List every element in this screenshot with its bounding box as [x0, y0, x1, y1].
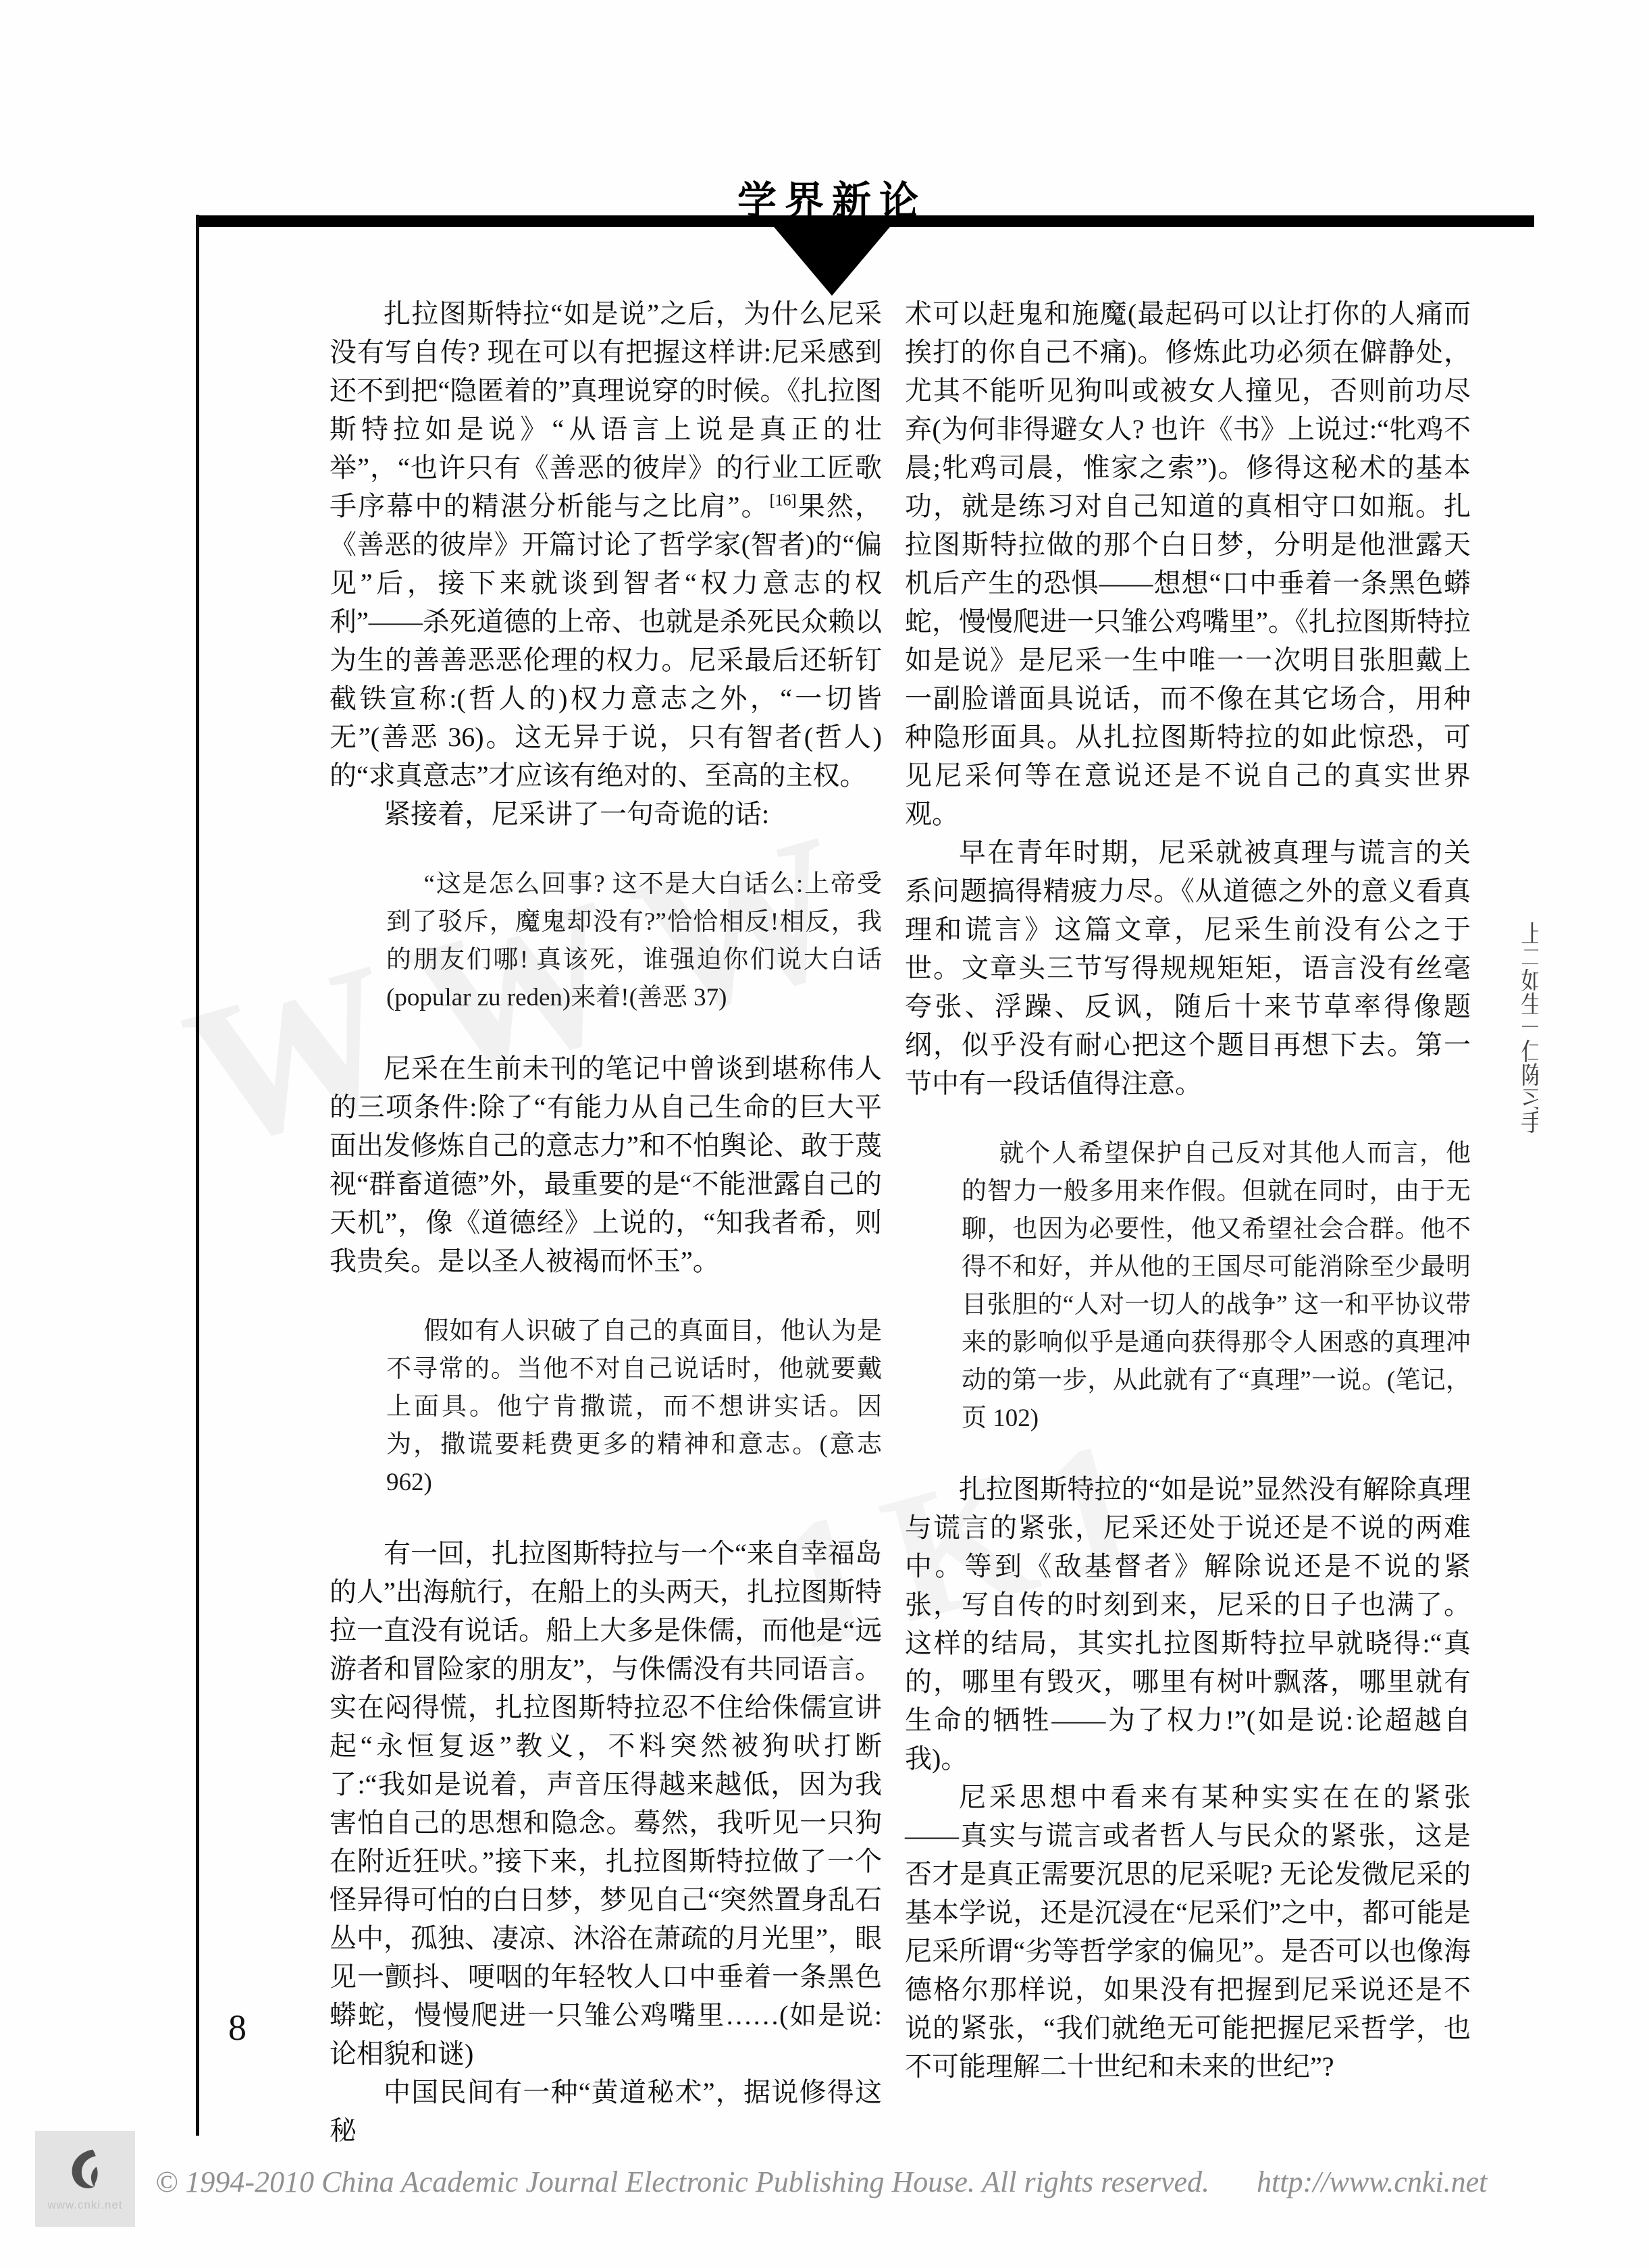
column-right: 术可以赶鬼和施魔(最起码可以让打你的人痛而挨打的你自己不痛)。修炼此功必须在僻静… [905, 294, 1471, 2086]
footer-copyright-line: © 1994-2010 China Academic Journal Elect… [155, 2165, 1487, 2199]
body-paragraph: 有一回，扎拉图斯特拉与一个“来自幸福岛的人”出海航行，在船上的头两天，扎拉图斯特… [330, 1534, 882, 2073]
footer-url: http://www.cnki.net [1257, 2165, 1487, 2198]
footnote-ref: [16] [770, 492, 797, 510]
cnki-logo-caption: www.cnki.net [47, 2198, 122, 2212]
margin-fragment-text: 上二如生一仁陈习手 [1521, 922, 1538, 1138]
header-rule-thin-segment [197, 215, 440, 220]
body-paragraph: 中国民间有一种“黄道秘术”，据说修得这秘 [330, 2073, 882, 2150]
triangle-down-icon [774, 227, 890, 296]
column-left: 扎拉图斯特拉“如是说”之后，为什么尼采没有写自传? 现在可以有把握这样讲:尼采感… [330, 294, 882, 2150]
footer-copyright: © 1994-2010 China Academic Journal Elect… [155, 2165, 1209, 2198]
block-quote: 假如有人识破了自己的真面目，他认为是不寻常的。当他不对自己说话时，他就要戴上面具… [386, 1313, 882, 1502]
page-number: 8 [228, 2007, 246, 2049]
body-paragraph: 早在青年时期，尼采就被真理与谎言的关系问题搞得精疲力尽。《从道德之外的意义看真理… [905, 833, 1471, 1103]
scanned-journal-page: WWW 1K1 学界新论 扎拉图斯特拉“如是说”之后，为什么尼采没有写自传? 现… [0, 0, 1649, 2268]
block-quote: “这是怎么回事? 这不是大白话么:上帝受到了驳斥，魔鬼却没有?”恰恰相反!相反，… [386, 866, 882, 1017]
cnki-logo: www.cnki.net [35, 2131, 135, 2227]
page-frame-left-rule [196, 215, 199, 2136]
body-paragraph: 尼采在生前未刊的笔记中曾谈到堪称伟人的三项条件:除了“有能力从自己生命的巨大平面… [330, 1049, 882, 1280]
body-paragraph: 紧接着，尼采讲了一句奇诡的话: [330, 795, 882, 833]
block-quote: 就个人希望保护自己反对其他人而言，他的智力一般多用来作假。但就在同时，由于无聊，… [962, 1135, 1471, 1438]
cnki-swirl-icon [61, 2146, 109, 2194]
body-paragraph: 扎拉图斯特拉“如是说”之后，为什么尼采没有写自传? 现在可以有把握这样讲:尼采感… [330, 294, 882, 795]
body-paragraph: 尼采思想中看来有某种实实在在的紧张——真实与谎言或者哲人与民众的紧张，这是否才是… [905, 1778, 1471, 2086]
body-paragraph: 术可以赶鬼和施魔(最起码可以让打你的人痛而挨打的你自己不痛)。修炼此功必须在僻静… [905, 294, 1471, 833]
body-paragraph: 扎拉图斯特拉的“如是说”显然没有解除真理与谎言的紧张，尼采还处于说还是不说的两难… [905, 1470, 1471, 1778]
